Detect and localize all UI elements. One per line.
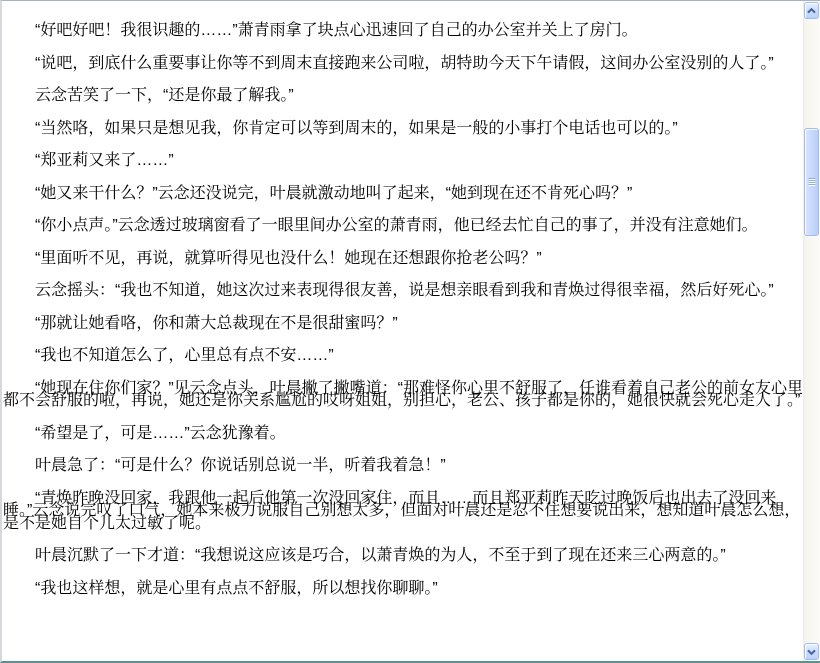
paragraph: “你小点声。”云念透过玻璃窗看了一眼里间办公室的萧青雨，他已经去忙自己的事了，并… bbox=[3, 220, 803, 233]
scrollbar-thumb[interactable] bbox=[804, 128, 819, 236]
paragraph: “那就让她看咯，你和萧大总裁现在不是很甜蜜吗？” bbox=[3, 318, 803, 331]
novel-text: “好吧好吧！我很识趣的……”萧青雨拿了块点心迅速回了自己的办公室并关上了房门。“… bbox=[2, 1, 803, 661]
paragraph: “里面听不见，再说，就算听得见也没什么！她现在还想跟你抢老公吗？” bbox=[3, 253, 803, 266]
paragraph: “她又来干什么？”云念还没说完，叶晨就激动地叫了起来，“她到现在还不肯死心吗？” bbox=[3, 188, 803, 201]
paragraph: 叶晨沉默了一下才道：“我想说这应该是巧合，以萧青焕的为人，不至于到了现在还来三心… bbox=[3, 550, 803, 563]
paragraph: “青焕昨晚没回家，我跟他一起后他第一次没回家住，而且……而且郑亚莉昨天吃过晚饭后… bbox=[3, 493, 803, 531]
scrollbar-down-button[interactable] bbox=[804, 643, 819, 660]
vertical-scrollbar[interactable] bbox=[803, 1, 820, 661]
scrollbar-up-button[interactable] bbox=[804, 2, 819, 19]
chevron-down-icon bbox=[807, 649, 816, 655]
paragraph: “她现在住你们家？”见云念点头，叶晨撇了撇嘴道：“那难怪你心里不舒服了，任谁看着… bbox=[3, 383, 803, 408]
paragraph: “我也不知道怎么了，心里总有点不安……” bbox=[3, 350, 803, 363]
scrollbar-track[interactable] bbox=[803, 19, 820, 643]
paragraph: 云念摇头：“我也不知道，她这次过来表现得很友善，说是想亲眼看到我和青焕过得很幸福… bbox=[3, 285, 803, 298]
reader-window: “好吧好吧！我很识趣的……”萧青雨拿了块点心迅速回了自己的办公室并关上了房门。“… bbox=[0, 0, 820, 663]
paragraph: “当然咯，如果只是想见我，你肯定可以等到周末的，如果是一般的小事打个电话也可以的… bbox=[3, 123, 803, 136]
paragraph: “我也这样想，就是心里有点点不舒服，所以想找你聊聊。” bbox=[3, 583, 803, 596]
paragraph: 云念苦笑了一下，“还是你最了解我。” bbox=[3, 90, 803, 103]
paragraph: “希望是了，可是……”云念犹豫着。 bbox=[3, 428, 803, 441]
paragraph: “说吧，到底什么重要事让你等不到周末直接跑来公司啦，胡特助今天下午请假，这间办公… bbox=[3, 58, 803, 71]
paragraph: “郑亚莉又来了……” bbox=[3, 155, 803, 168]
paragraph: 叶晨急了：“可是什么？你说话别总说一半，听着我着急！” bbox=[3, 460, 803, 473]
paragraph: “好吧好吧！我很识趣的……”萧青雨拿了块点心迅速回了自己的办公室并关上了房门。 bbox=[3, 25, 803, 38]
scrollbar-thumb-grip bbox=[808, 178, 815, 186]
chevron-up-icon bbox=[807, 8, 816, 14]
